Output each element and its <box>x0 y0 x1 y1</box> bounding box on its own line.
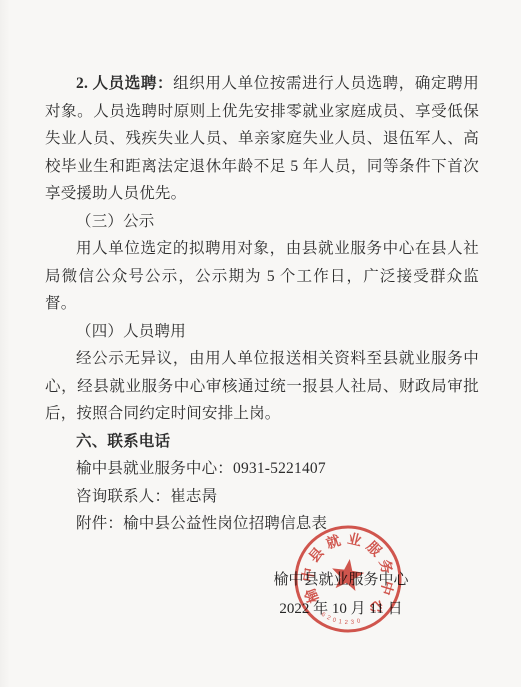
signature-date: 2022 年 10 月 11 日 <box>250 595 432 624</box>
para-publicity: 用人单位选定的拟聘用对象，由县就业服务中心在县人社局微信公众号公示，公示期为 5… <box>45 235 479 318</box>
para-recruitment-text: 组织用人单位按需进行人员选聘，确定聘用对象。人员选聘时原则上优先安排零就业家庭成… <box>45 75 479 202</box>
para-recruitment-label: 2. 人员选聘： <box>76 75 173 92</box>
contact-phone-line: 榆中县就业服务中心：0931-5221407 <box>45 455 479 483</box>
attachment-line: 附件：榆中县公益性岗位招聘信息表 <box>45 510 479 538</box>
heading-publicity: （三）公示 <box>45 208 479 236</box>
para-recruitment: 2. 人员选聘：组织用人单位按需进行人员选聘，确定聘用对象。人员选聘时原则上优先… <box>45 70 479 208</box>
signature-block: 榆中县就业服务中心 2022 年 10 月 11 日 <box>250 566 432 624</box>
scanned-document-page: 2. 人员选聘：组织用人单位按需进行人员选聘，确定聘用对象。人员选聘时原则上优先… <box>0 0 521 687</box>
document-body: 2. 人员选聘：组织用人单位按需进行人员选聘，确定聘用对象。人员选聘时原则上优先… <box>45 70 479 538</box>
contact-person-line: 咨询联系人：崔志昺 <box>45 483 479 511</box>
signature-org: 榆中县就业服务中心 <box>250 566 432 595</box>
heading-contact: 六、联系电话 <box>45 428 479 456</box>
heading-hiring: （四）人员聘用 <box>45 318 479 346</box>
para-hiring: 经公示无异议，由用人单位报送相关资料至县就业服务中心，经县就业服务中心审核通过统… <box>45 345 479 428</box>
